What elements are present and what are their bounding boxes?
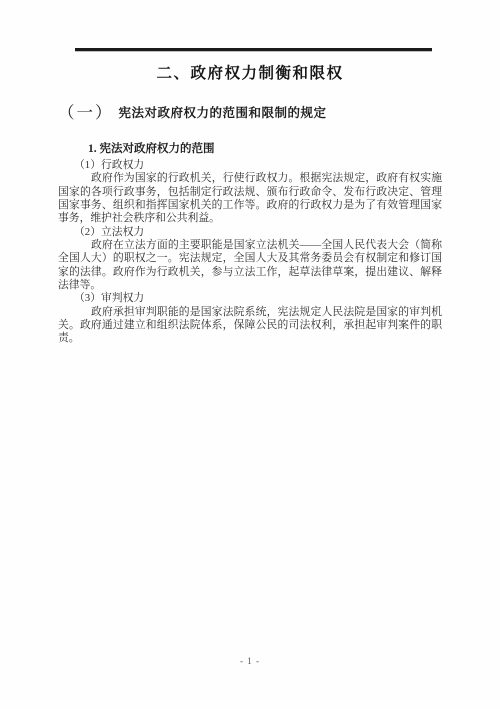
paragraph-administrative-power: 政府作为国家的行政机关，行使行政权力。根据宪法规定，政府有权实施国家的各项行政事… bbox=[58, 172, 442, 225]
page-number: - 1 - bbox=[0, 656, 500, 666]
paragraph-judicial-power: 政府承担审判职能的是国家法院系统，宪法规定人民法院是国家的审判机关。政府通过建立… bbox=[58, 306, 442, 346]
subsection-heading: 1. 宪法对政府权力的范围 bbox=[58, 140, 442, 156]
item-heading-administrative-power: （1）行政权力 bbox=[58, 159, 442, 172]
item-heading-judicial-power: （3）审判权力 bbox=[58, 292, 442, 305]
paragraph-legislative-power: 政府在立法方面的主要职能是国家立法机关——全国人民代表大会（简称全国人大）的职权… bbox=[58, 239, 442, 292]
header-rule bbox=[75, 48, 432, 51]
section-title: 宪法对政府权力的范围和限制的规定 bbox=[119, 106, 327, 120]
page-title: 二、政府权力制衡和限权 bbox=[0, 61, 500, 83]
item-heading-legislative-power: （2）立法权力 bbox=[58, 226, 442, 239]
section-heading: （一）宪法对政府权力的范围和限制的规定 bbox=[58, 101, 327, 125]
body-text: （1）行政权力 政府作为国家的行政机关，行使行政权力。根据宪法规定，政府有权实施… bbox=[58, 159, 442, 346]
document-page: 二、政府权力制衡和限权 （一）宪法对政府权力的范围和限制的规定 1. 宪法对政府… bbox=[0, 0, 500, 709]
section-number: （一） bbox=[58, 103, 114, 122]
